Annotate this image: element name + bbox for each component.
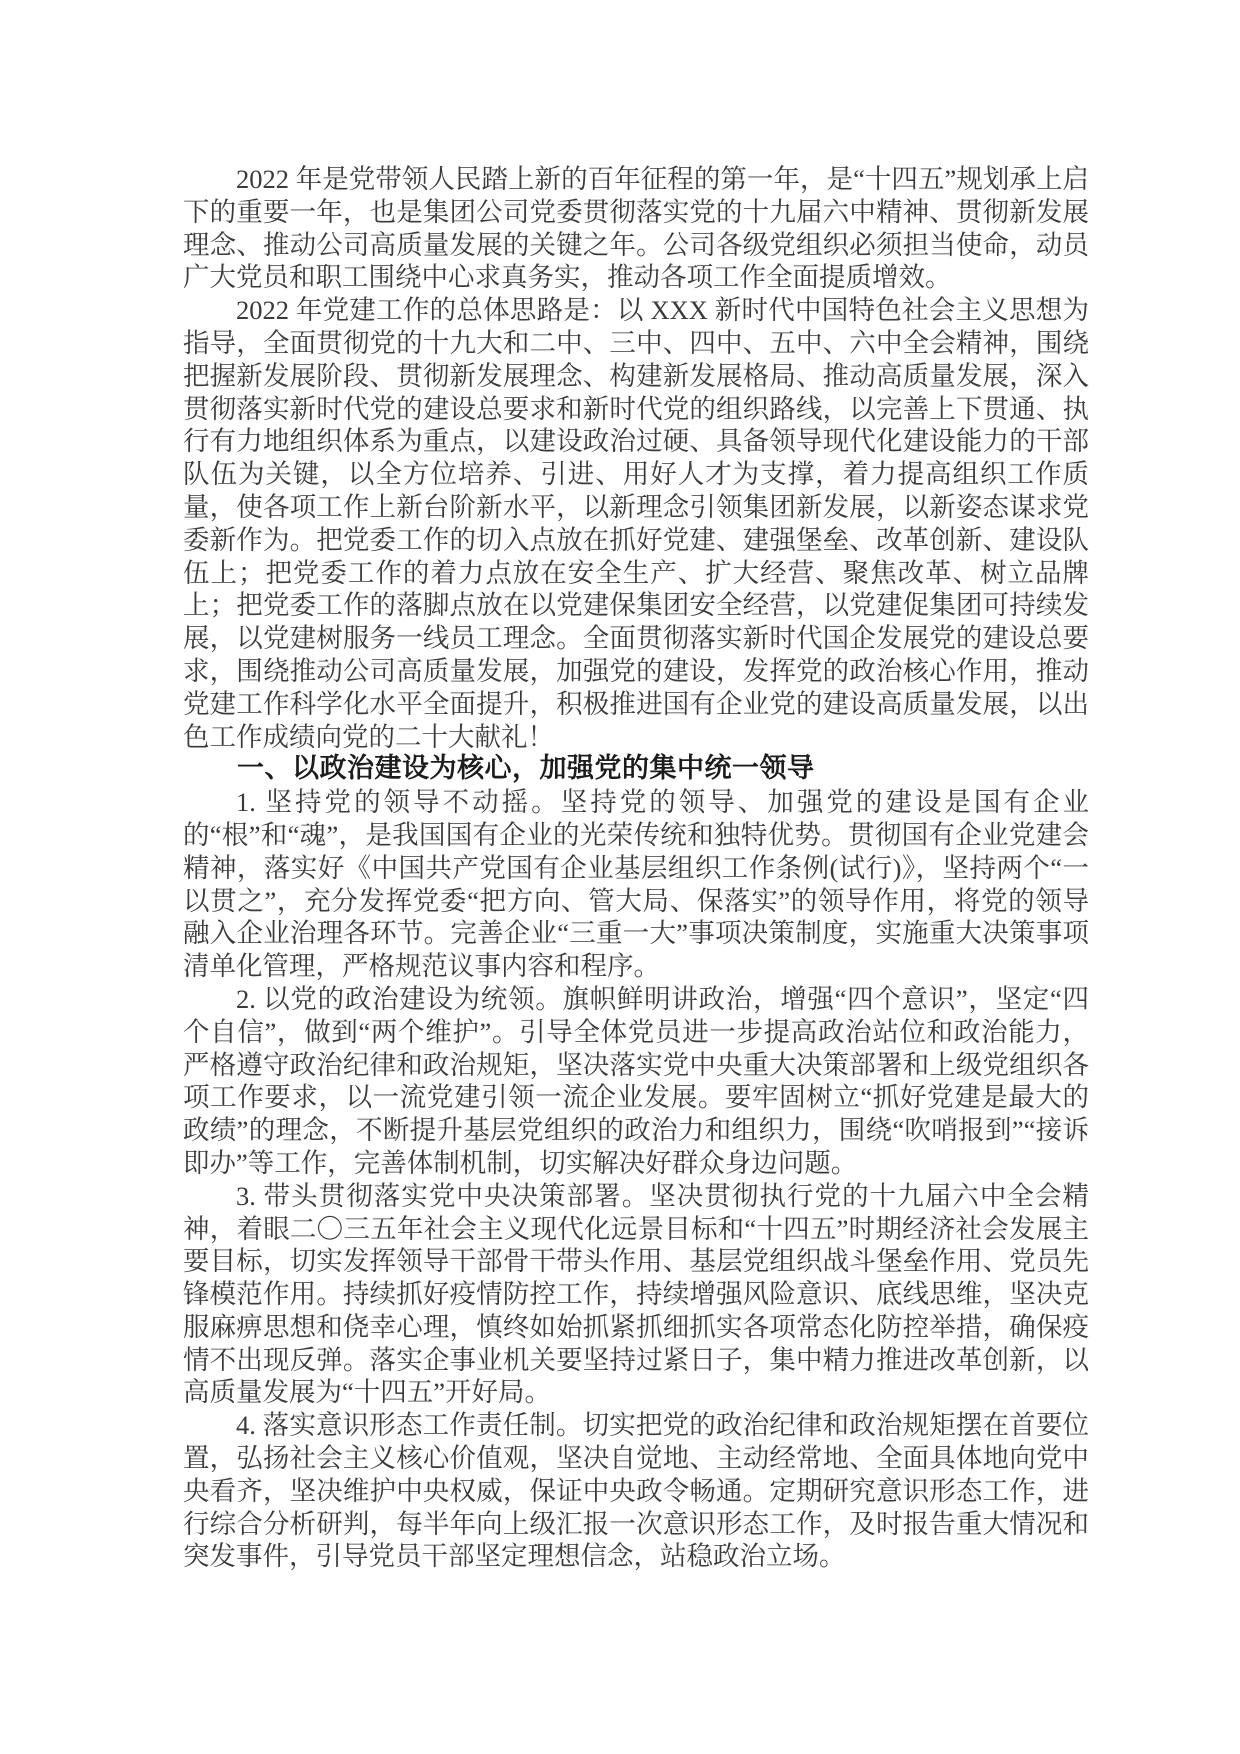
paragraph-item-4-ideology-responsibility: 4. 落实意识形态工作责任制。切实把党的政治纪律和政治规矩摆在首要位置，弘扬社会…	[183, 1409, 1089, 1573]
document-page: 2022 年是党带领人民踏上新的百年征程的第一年，是“十四五”规划承上启下的重要…	[0, 0, 1240, 1754]
paragraph-overall-thinking: 2022 年党建工作的总体思路是：以 XXX 新时代中国特色社会主义思想为指导，…	[183, 294, 1089, 753]
paragraph-item-3-central-decisions: 3. 带头贯彻落实党中央决策部署。坚决贯彻执行党的十九届六中全会精神，着眼二〇三…	[183, 1180, 1089, 1410]
paragraph-item-2-political-building: 2. 以党的政治建设为统领。旗帜鲜明讲政治，增强“四个意识”，坚定“四个自信”，…	[183, 983, 1089, 1180]
paragraph-intro-2022: 2022 年是党带领人民踏上新的百年征程的第一年，是“十四五”规划承上启下的重要…	[183, 163, 1089, 294]
document-body: 2022 年是党带领人民踏上新的百年征程的第一年，是“十四五”规划承上启下的重要…	[183, 163, 1089, 1573]
section-1-heading: 一、以政治建设为核心，加强党的集中统一领导	[183, 753, 1089, 786]
paragraph-item-1-party-leadership: 1. 坚持党的领导不动摇。坚持党的领导、加强党的建设是国有企业的“根”和“魂”，…	[183, 786, 1089, 983]
